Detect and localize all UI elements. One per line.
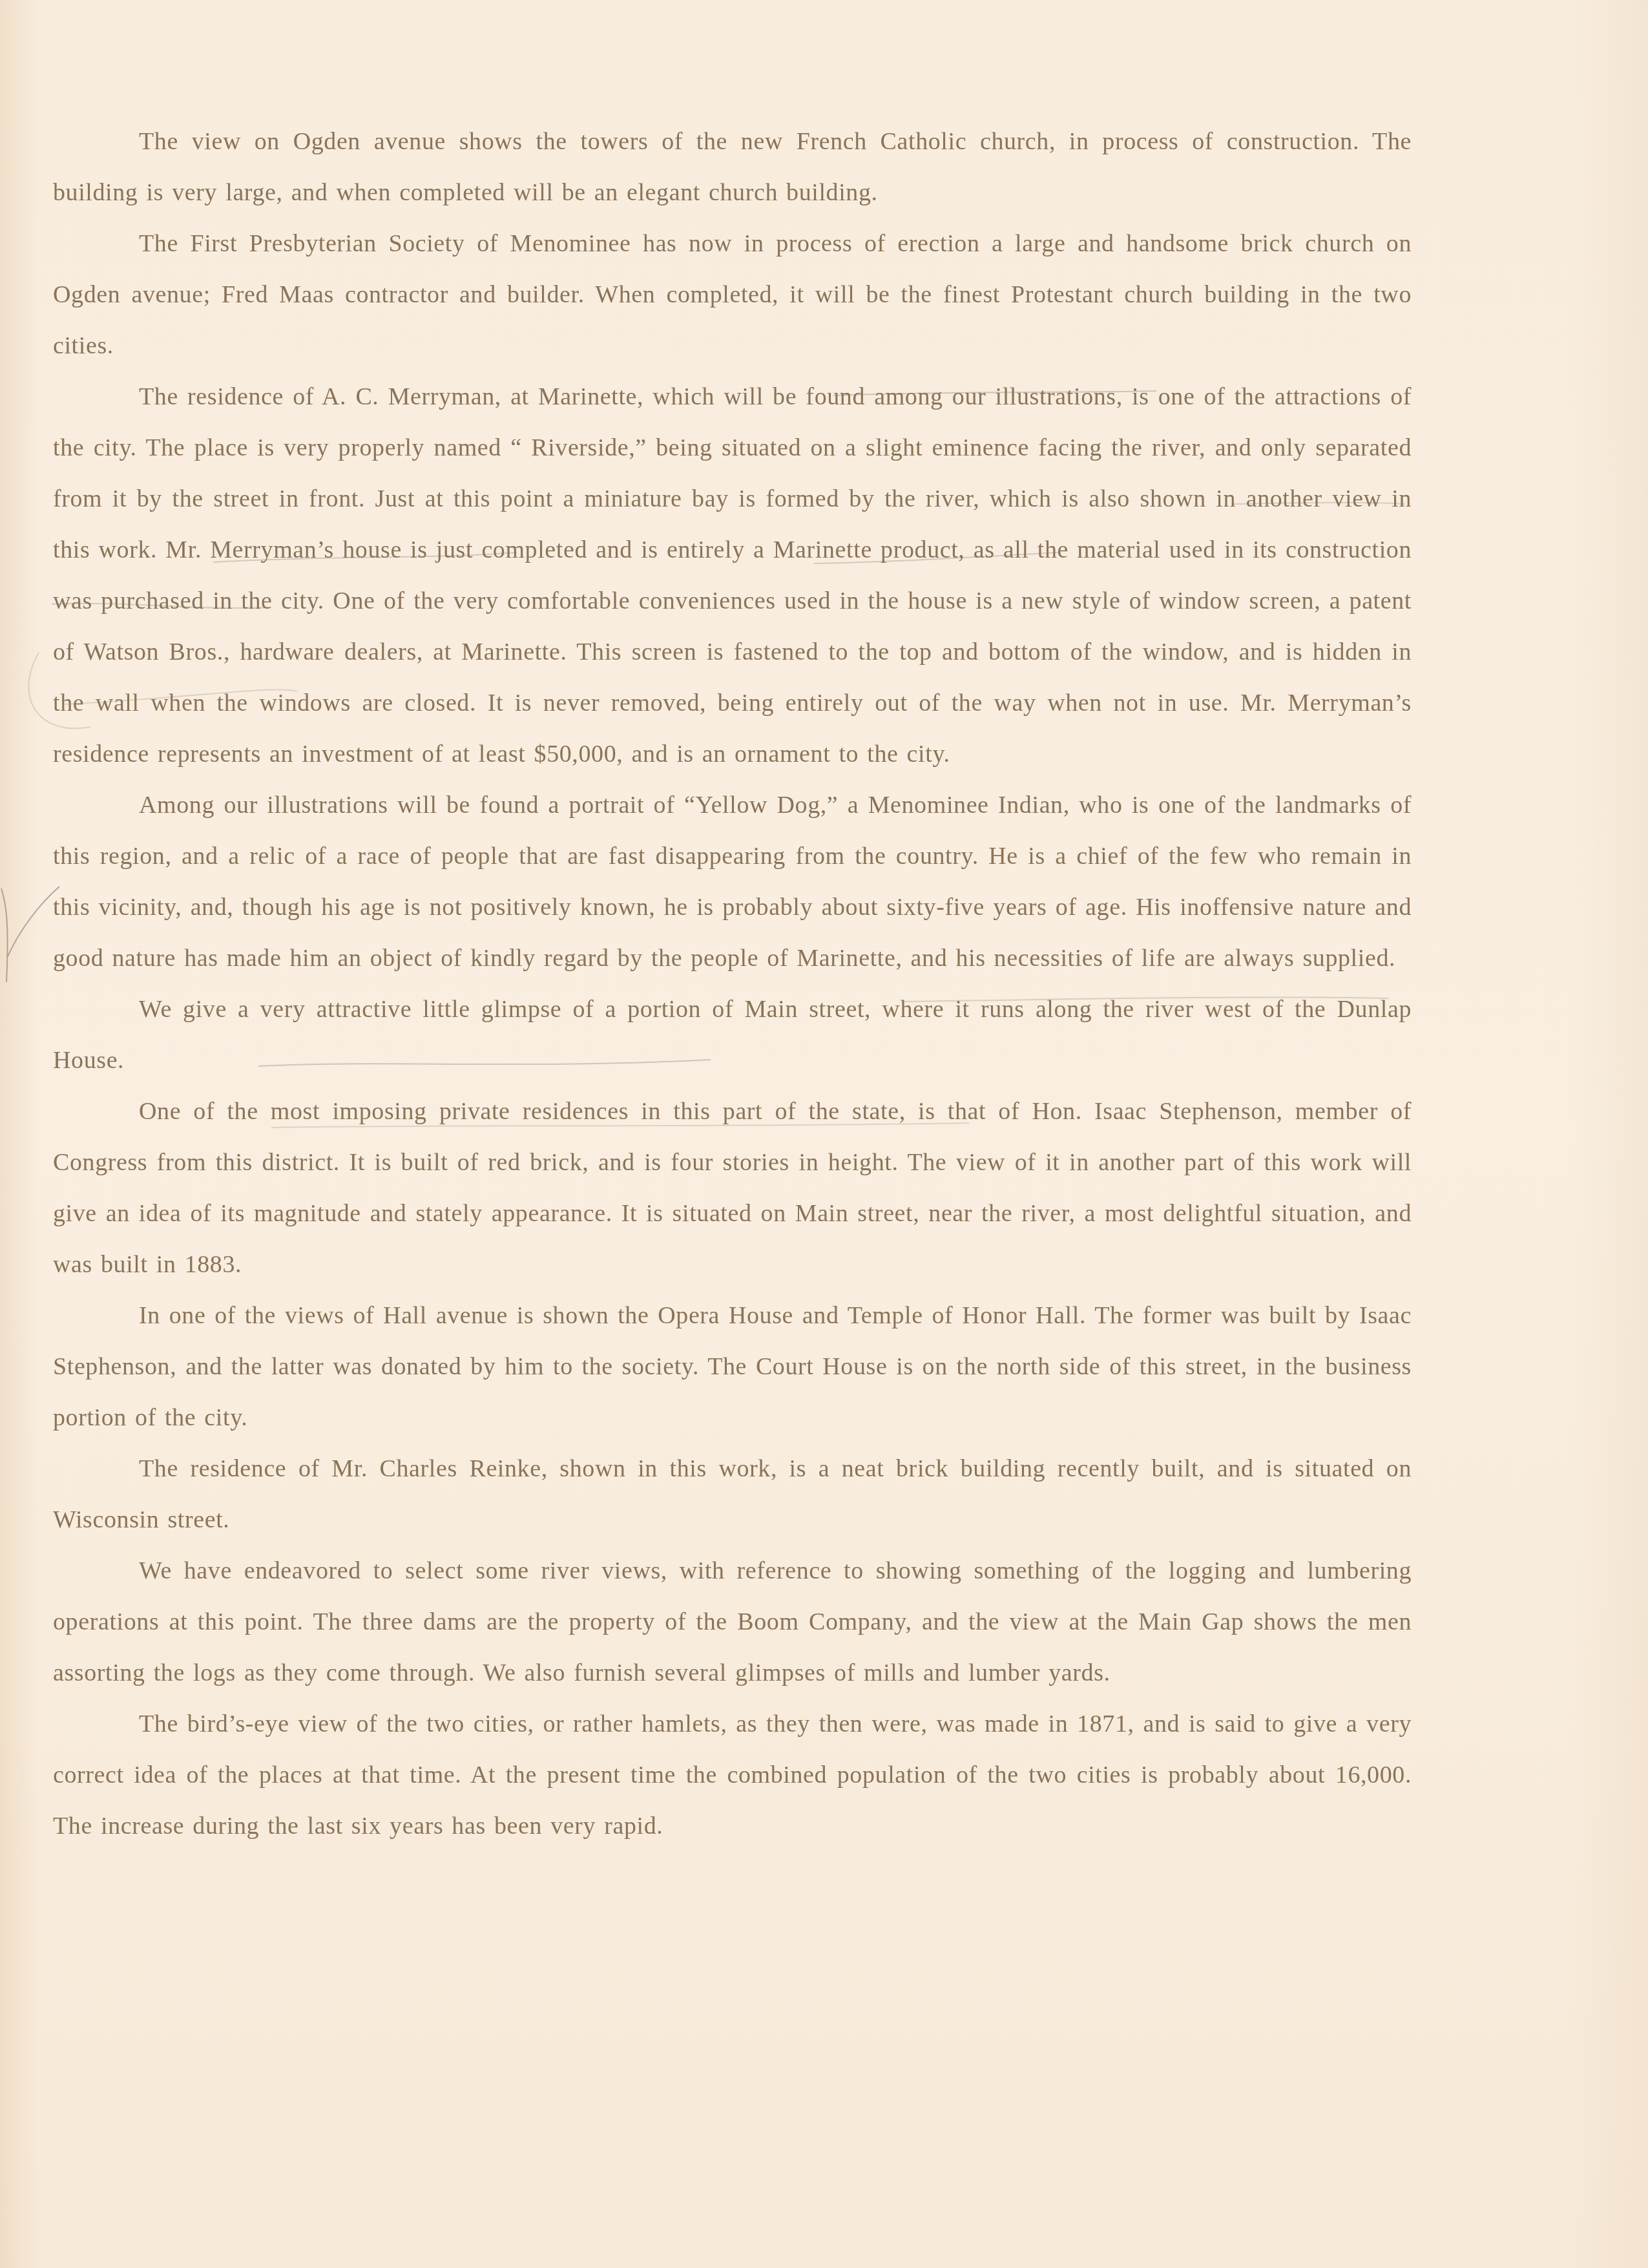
scanned-page: The view on Ogden avenue shows the tower… xyxy=(0,0,1648,2268)
paragraph-ogden-avenue-church: The view on Ogden avenue shows the tower… xyxy=(53,116,1412,218)
paragraph-stephenson-residence: One of the most imposing private residen… xyxy=(53,1086,1412,1290)
body-text: The view on Ogden avenue shows the tower… xyxy=(53,116,1412,1852)
paragraph-reinke-residence: The residence of Mr. Charles Reinke, sho… xyxy=(53,1444,1412,1546)
paragraph-main-street: We give a very attractive little glimpse… xyxy=(53,984,1412,1086)
paragraph-hall-avenue: In one of the views of Hall avenue is sh… xyxy=(53,1290,1412,1444)
paragraph-yellow-dog: Among our illustrations will be found a … xyxy=(53,780,1412,984)
paragraph-river-views: We have endeavored to select some river … xyxy=(53,1546,1412,1699)
paragraph-presbyterian-church: The First Presbyterian Society of Menomi… xyxy=(53,218,1412,372)
paragraph-birds-eye-view: The bird’s-eye view of the two cities, o… xyxy=(53,1699,1412,1852)
paragraph-merryman-residence: The residence of A. C. Merryman, at Mari… xyxy=(53,372,1412,780)
